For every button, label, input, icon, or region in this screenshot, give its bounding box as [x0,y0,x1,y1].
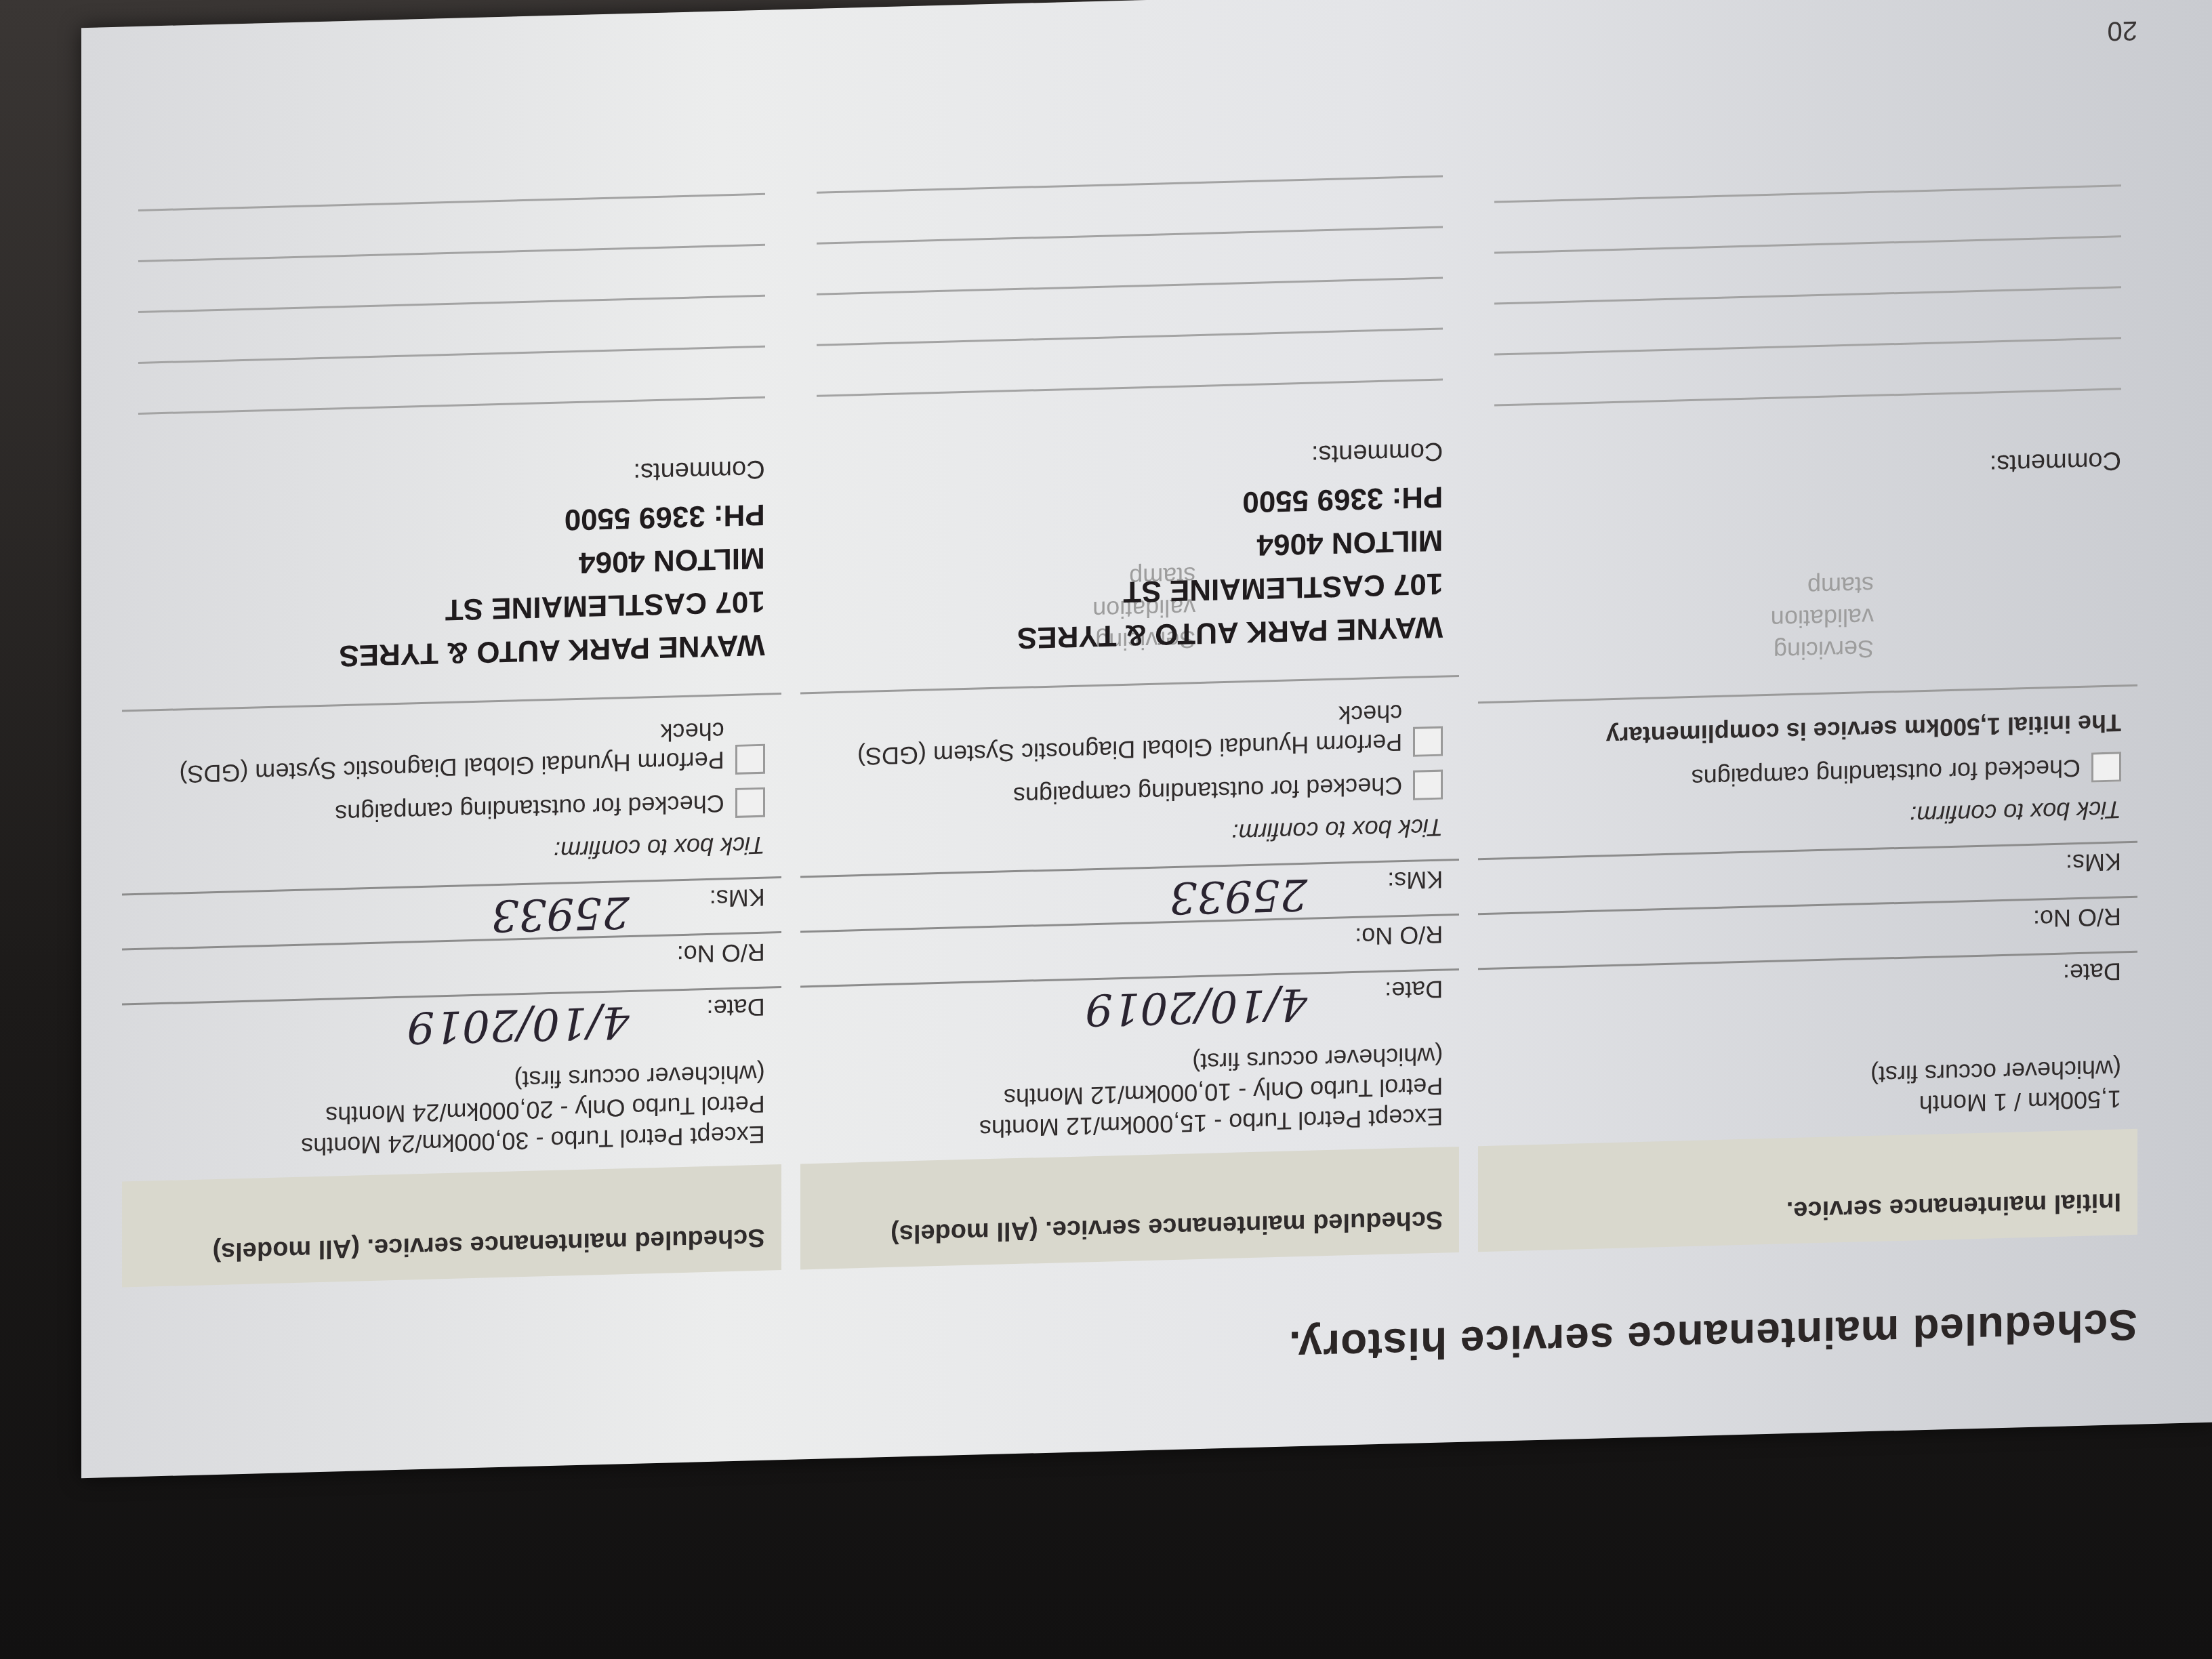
handwritten-value[interactable]: 4/10/2019 [407,996,630,1052]
page-title: Scheduled maintenance service history. [1288,1300,2137,1372]
field-label: R/O No: [657,938,765,969]
stamp-hint-line: Servicing [1771,632,1874,667]
dealer-stamp: WAYNE PARK AUTO & TYRES107 CASTLEMAINE S… [339,493,764,677]
dealer-stamp: WAYNE PARK AUTO & TYRES107 CASTLEMAINE S… [1017,475,1443,659]
handwritten-value[interactable]: 25933 [1170,869,1308,922]
page-content: Scheduled maintenance service history. I… [122,1,2137,1403]
field-label: Date: [2013,957,2121,988]
checkbox[interactable] [735,744,765,775]
service-interval: Except Petrol Turbo - 15,000km/12 Months… [800,1023,1460,1164]
handwritten-value[interactable]: 4/10/2019 [1085,979,1307,1035]
stamp-hint-line: validation [1771,600,1874,635]
service-columns: Initial maintenance service.1,500km / 1 … [122,157,2137,1287]
stamp-hint-line: stamp [1771,569,1874,604]
page-number: 20 [2108,15,2138,46]
service-column-scheduled-1: Scheduled maintenance service. (All mode… [800,175,1460,1270]
field-label: KMs: [2013,847,2121,878]
checklist-label: Perform Hyundai Global Diagnostic System… [138,716,724,790]
service-booklet-page: Scheduled maintenance service history. I… [81,0,2212,1478]
stamp-area: ServicingvalidationstampWAYNE PARK AUTO … [800,472,1460,694]
checklist-label: Checked for outstanding campaigns [335,789,724,828]
checklist-label: Checked for outstanding campaigns [1692,754,2081,793]
checkbox[interactable] [2091,752,2121,782]
column-heading: Scheduled maintenance service. (All mode… [122,1164,781,1287]
handwritten-value[interactable]: 25933 [491,886,630,940]
service-interval: 1,500km / 1 Month(whichever occurs first… [1478,1006,2137,1146]
checkbox[interactable] [1413,726,1443,757]
column-heading: Scheduled maintenance service. (All mode… [800,1147,1460,1269]
checkbox[interactable] [735,787,765,818]
column-heading: Initial maintenance service. [1478,1129,2137,1252]
field-label: R/O No: [1334,920,1443,951]
stamp-hint: Servicingvalidationstamp [1771,569,1874,667]
stamp-area: Servicingvalidationstamp [1478,481,2137,703]
checklist-label: Checked for outstanding campaigns [1013,771,1402,811]
service-column-scheduled-2: Scheduled maintenance service. (All mode… [122,192,781,1288]
stamp-area: WAYNE PARK AUTO & TYRES107 CASTLEMAINE S… [122,489,781,712]
field-label: KMs: [1334,865,1443,897]
field-label: Date: [657,993,765,1024]
service-interval: Except Petrol Turbo - 30,000km/24 Months… [122,1041,781,1181]
checklist-label: Perform Hyundai Global Diagnostic System… [817,699,1403,773]
checkbox[interactable] [1413,770,1443,800]
field-label: KMs: [657,883,765,914]
field-label: Date: [1334,975,1443,1006]
field-label: R/O No: [2013,902,2121,933]
service-column-initial: Initial maintenance service.1,500km / 1 … [1478,157,2137,1252]
